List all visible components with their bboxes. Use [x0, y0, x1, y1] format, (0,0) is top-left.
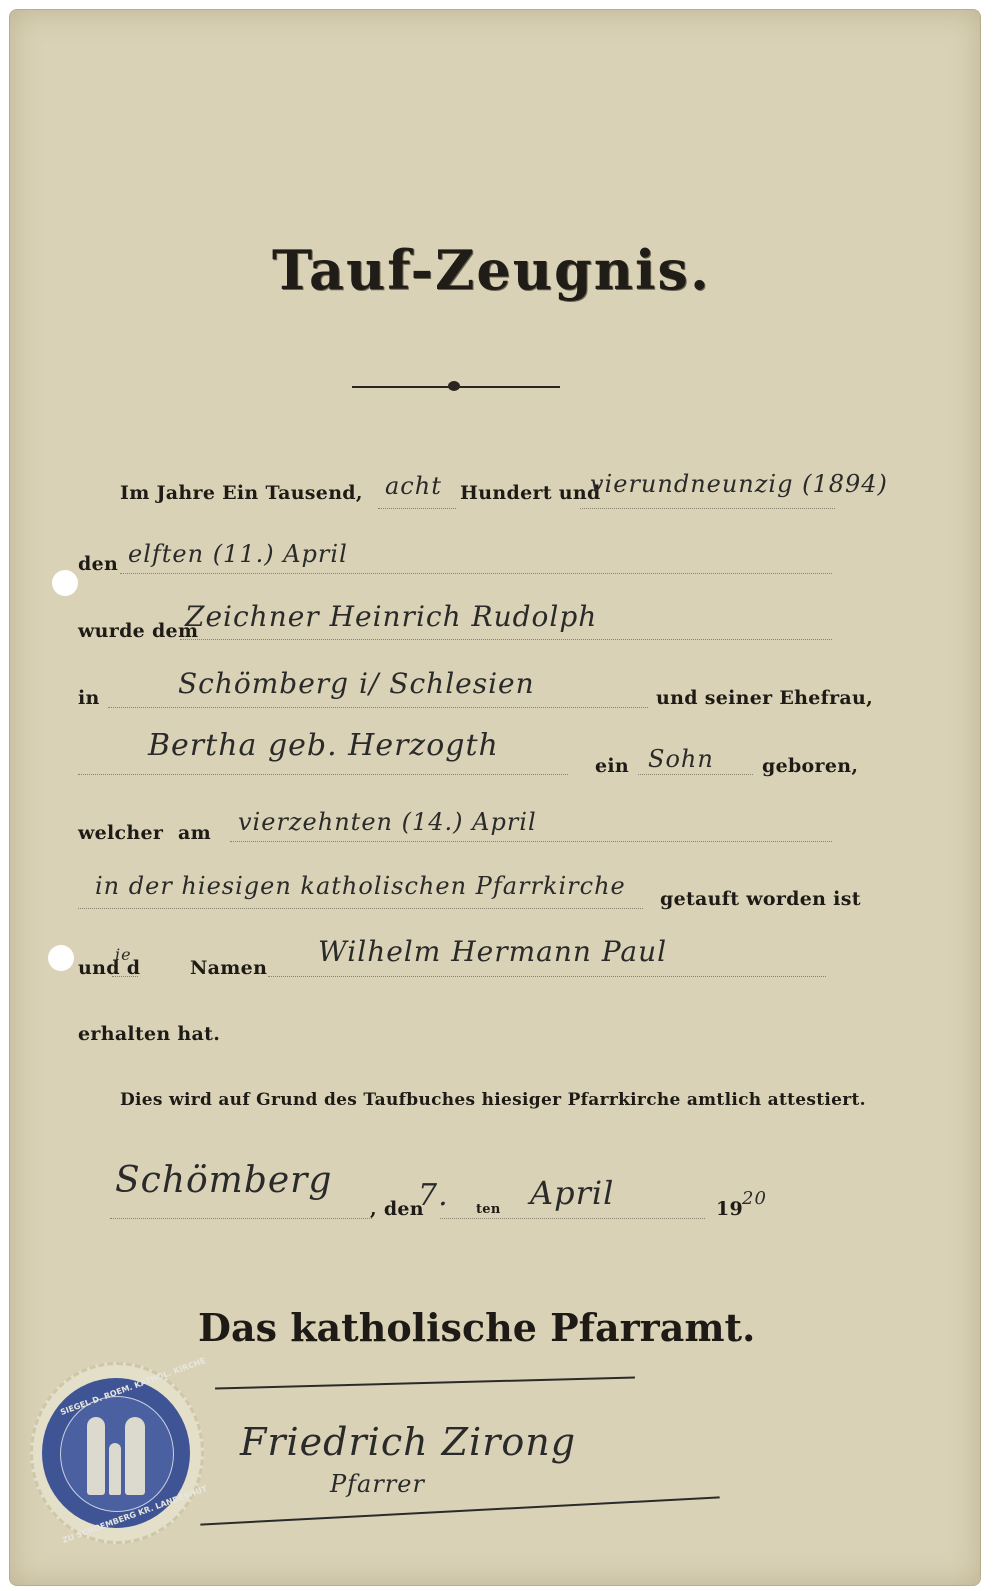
figure-icon: [87, 1417, 105, 1495]
fill-line: [120, 573, 832, 574]
handwritten-year: 20: [742, 1188, 767, 1209]
handwritten-entry: acht: [385, 472, 442, 500]
fill-line: [112, 976, 138, 977]
handwritten-entry: Bertha geb. Herzogth: [148, 728, 499, 763]
print-text: den: [78, 553, 118, 575]
fill-line: [638, 774, 753, 775]
handwritten-entry: Wilhelm Hermann Paul: [318, 935, 667, 968]
print-text: getauft worden ist: [660, 888, 861, 910]
print-text: Im Jahre Ein Tausend,: [120, 482, 363, 504]
handwritten-month: April: [530, 1174, 614, 1212]
seal-figures: [60, 1396, 174, 1512]
handwritten-day: 7.: [418, 1178, 449, 1213]
handwritten-entry: vierzehnten (14.) April: [238, 808, 537, 836]
print-text: , den: [370, 1198, 424, 1220]
print-text: Namen: [190, 957, 267, 979]
fill-line: [180, 639, 832, 640]
print-text: Hundert und: [460, 482, 601, 504]
office-heading: Das katholische Pfarramt.: [198, 1305, 755, 1350]
fill-line: [110, 1218, 372, 1219]
print-text: ten: [476, 1202, 501, 1217]
punch-hole: [48, 945, 74, 971]
document-title: Tauf-Zeugnis.: [272, 238, 711, 302]
fill-line: [378, 508, 456, 509]
attestation-text: Dies wird auf Grund des Taufbuches hiesi…: [120, 1090, 866, 1110]
signature-name: Friedrich Zirong: [240, 1420, 576, 1464]
fill-line: [108, 707, 648, 708]
handwritten-entry: Zeichner Heinrich Rudolph: [185, 600, 597, 633]
fill-line: [78, 908, 643, 909]
fill-line: [440, 1218, 705, 1219]
handwritten-entry: ie: [115, 945, 132, 964]
print-text: ein: [595, 755, 629, 777]
punch-hole: [52, 570, 78, 596]
handwritten-entry: Sohn: [648, 745, 714, 773]
fill-line: [78, 774, 568, 775]
figure-icon: [109, 1443, 121, 1495]
fill-line: [230, 841, 832, 842]
signature-title: Pfarrer: [330, 1470, 425, 1498]
handwritten-entry: in der hiesigen katholischen Pfarrkirche: [95, 872, 626, 900]
print-text: erhalten hat.: [78, 1023, 220, 1045]
handwritten-entry: elften (11.) April: [128, 540, 348, 568]
print-text: 19: [716, 1198, 743, 1220]
print-text: welcher: [78, 822, 163, 844]
print-text: am: [178, 822, 211, 844]
figure-icon: [125, 1417, 145, 1495]
print-text: und seiner Ehefrau,: [656, 687, 873, 709]
handwritten-entry: vierundneunzig (1894): [590, 470, 888, 498]
print-text: in: [78, 687, 100, 709]
fill-line: [580, 508, 835, 509]
handwritten-entry: Schömberg i/ Schlesien: [178, 667, 535, 700]
fill-line: [268, 976, 826, 977]
handwritten-place: Schömberg: [115, 1160, 332, 1201]
ornament-dot: [448, 381, 460, 391]
print-text: geboren,: [762, 755, 858, 777]
church-seal: SIEGEL D. ROEM. KATHOL. KIRCHE ZU SCHOEM…: [42, 1378, 190, 1528]
